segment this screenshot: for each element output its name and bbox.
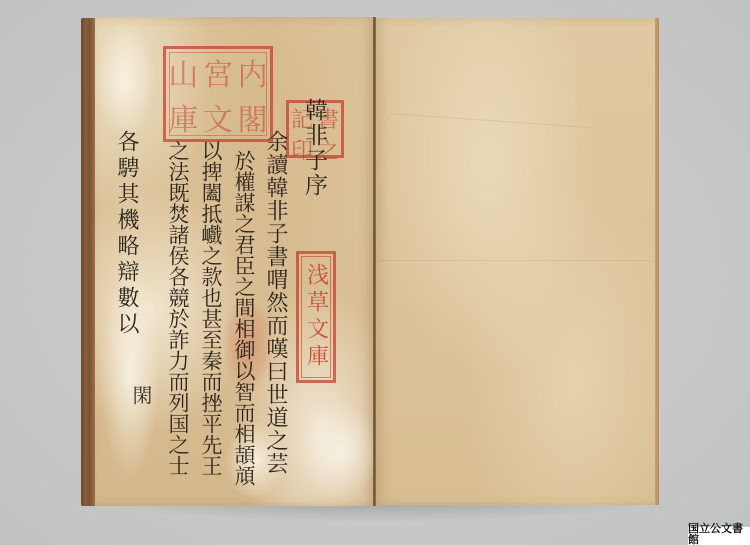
book-title: 韓非子序 (300, 98, 328, 198)
library-seal-large: 山 宮 内 庫 文 閣 (163, 46, 273, 142)
text-column-5: 各騁其機略辯數以 (113, 130, 139, 338)
paper-crease (380, 260, 650, 261)
right-page-edge (655, 18, 659, 505)
watermark-japanese: 国立公文書館 (688, 523, 750, 545)
seal-glyph: 内 (235, 50, 270, 94)
asakusa-bunko-seal: 浅草文庫 (296, 251, 336, 383)
left-page-stack-edge (81, 18, 95, 506)
text-column-3: 以捭闔抵巇之款也甚至秦而挫平先王 (198, 140, 224, 476)
text-column-1: 余讀韓非子書喟然而嘆曰世道之芸 (262, 130, 288, 475)
text-column-2: 於權謀之君臣之間相御以智而相頡頏 (231, 150, 257, 486)
paper-stain (300, 400, 380, 500)
seal-glyph: 文 (201, 95, 236, 139)
seal-glyph: 山 (166, 50, 201, 94)
archives-watermark-logo: 国立公文書館 National Archives of Japan (688, 527, 750, 545)
paper-stain (95, 20, 155, 140)
seal-glyph: 宮 (201, 50, 236, 94)
text-column-4: 之法既焚諸侯各競於詐力而列国之士 (165, 140, 191, 476)
text-column-6: 閑 (128, 385, 154, 407)
seal-glyph: 庫 (166, 95, 201, 139)
right-page-blank (376, 18, 658, 505)
